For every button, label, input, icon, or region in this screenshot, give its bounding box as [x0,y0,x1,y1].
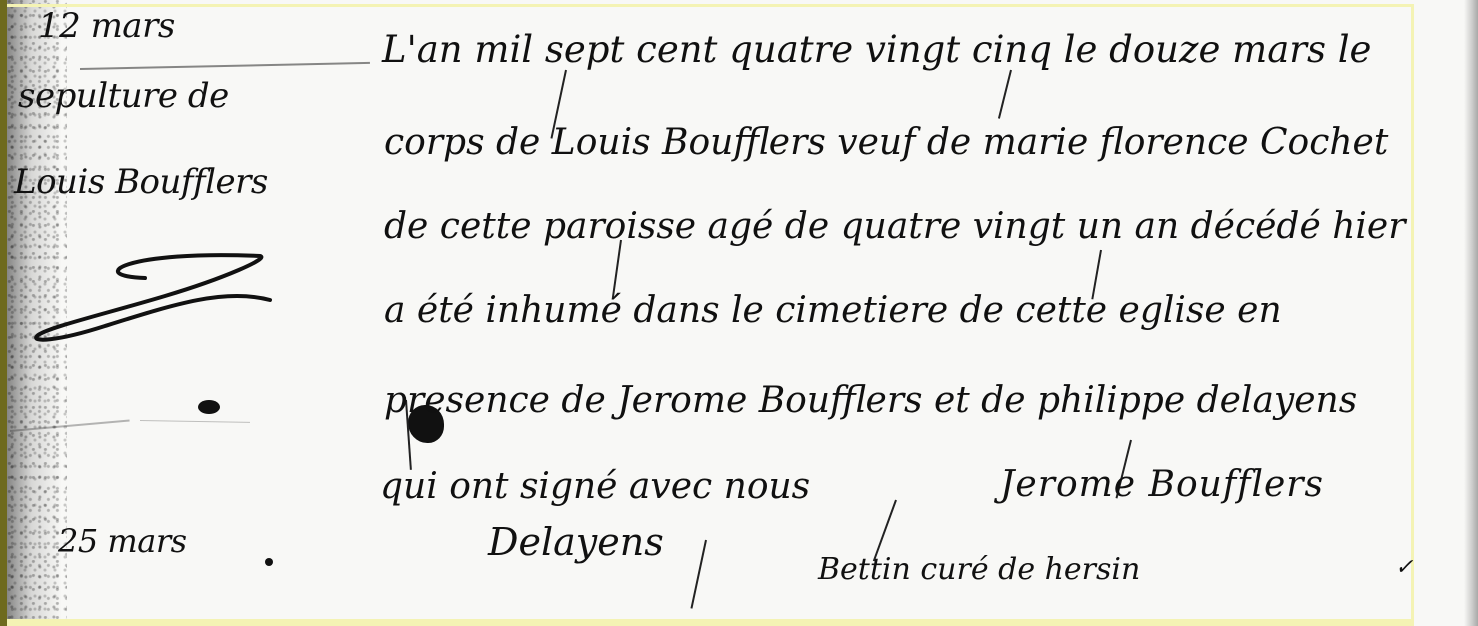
highlight-guide-right [1411,4,1414,626]
pen-stroke [998,70,1012,119]
signature-delayens: Delayens [488,520,664,564]
left-border [0,0,7,626]
right-edge-shadow [1464,0,1478,626]
ink-blot [198,400,220,414]
margin-next-entry-date: 25 mars [58,522,187,560]
signature-jerome-boufflers: Jerome Boufflers [1000,464,1324,505]
ink-blot [265,558,273,566]
margin-rule [80,62,370,70]
body-line-4: a été inhumé dans le cimetiere de cette … [384,290,1282,331]
flourish-paraph-icon [25,238,285,348]
scanned-document-page: 12 mars sepulture de Louis Boufflers 25 … [0,0,1478,626]
margin-entry-title-line1: sepulture de [18,76,229,116]
body-line-3: de cette paroisse agé de quatre vingt un… [384,206,1405,247]
signature-priest: Bettin curé de hersin [818,552,1140,587]
body-line-5: presence de Jerome Boufflers et de phili… [384,380,1357,421]
highlight-guide-top [7,4,1413,7]
margin-entry-title-line2: Louis Boufflers [14,162,268,202]
body-line-2: corps de Louis Boufflers veuf de marie f… [384,122,1388,163]
signature-mark-icon: ✓ [1395,555,1413,580]
pen-stroke [690,540,707,609]
body-line-1: L'an mil sept cent quatre vingt cinq le … [382,28,1371,71]
margin-entry-date: 12 mars [38,6,175,46]
highlight-guide-bottom [7,619,1413,626]
margin-rule [140,420,250,423]
body-line-6: qui ont signé avec nous [380,466,810,507]
